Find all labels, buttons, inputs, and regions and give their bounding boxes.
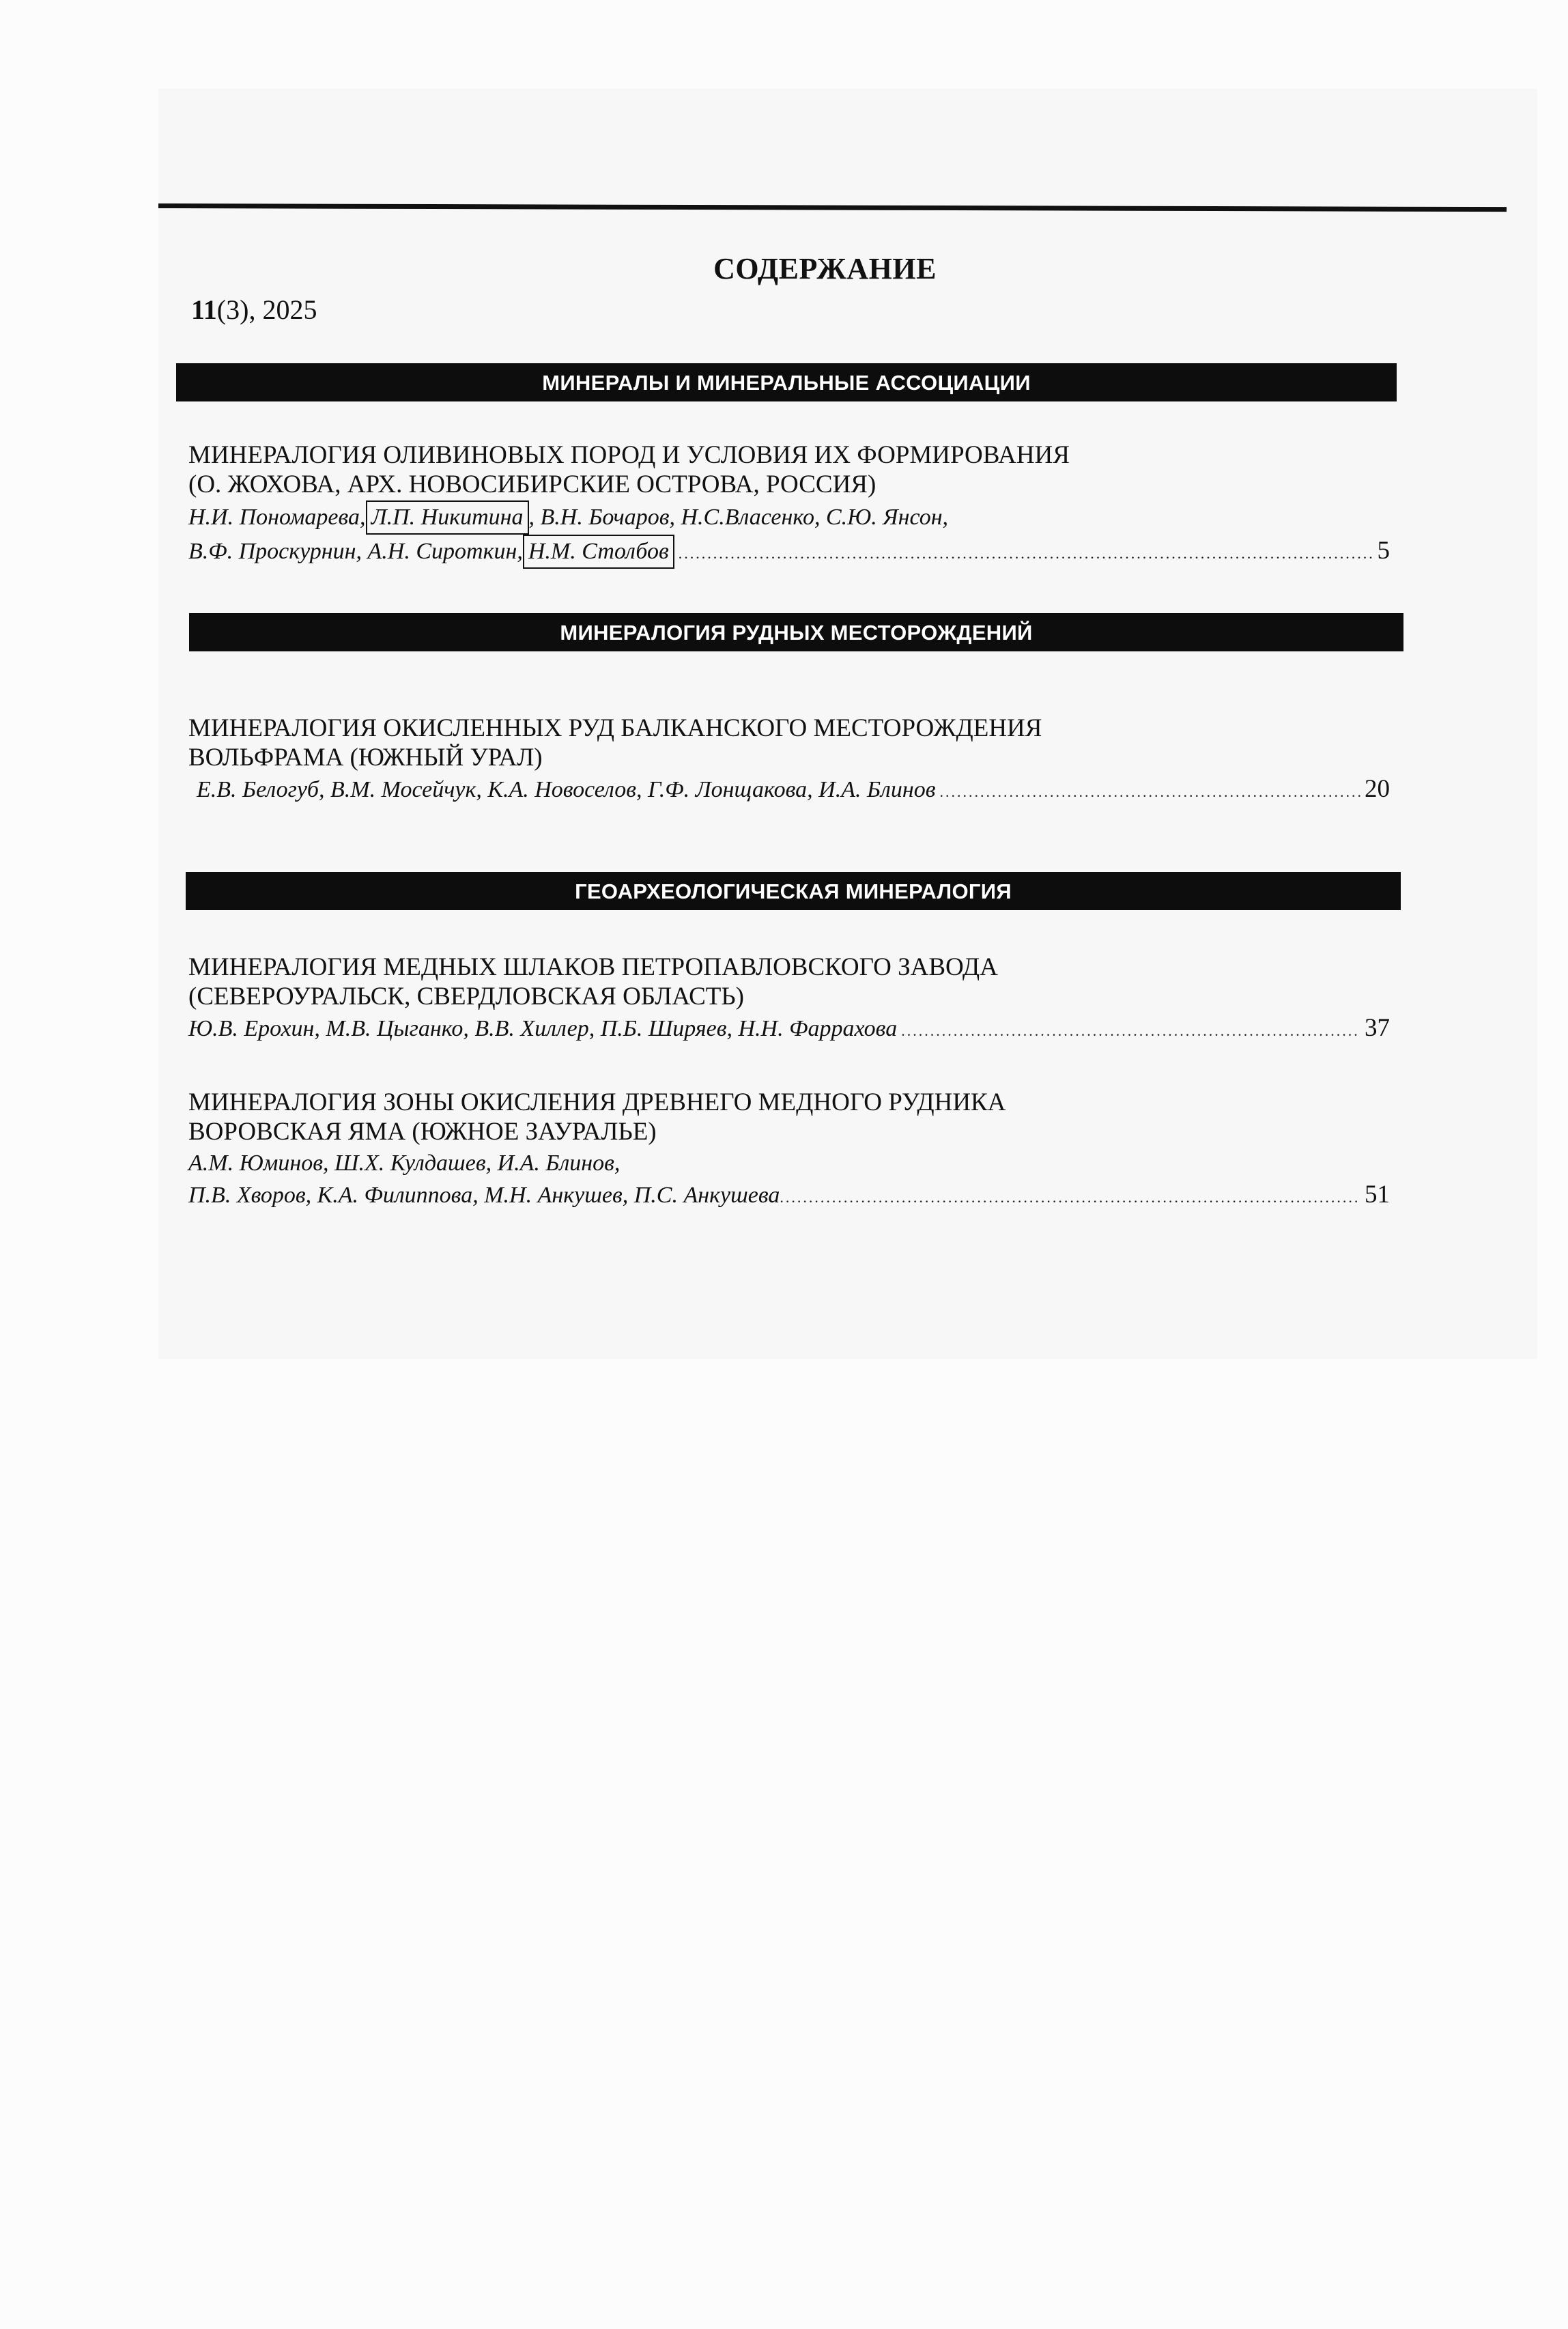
issue-details: (3), 2025 [217,294,317,325]
author-text: В.Ф. Проскурнин, А.Н. Сироткин, [188,536,523,567]
section-heading: ГЕОАРХЕОЛОГИЧЕСКАЯ МИНЕРАЛОГИЯ [186,872,1401,910]
entry-title-line: ВОРОВСКАЯ ЯМА (ЮЖНОЕ ЗАУРАЛЬЕ) [188,1117,1390,1146]
section-heading: МИНЕРАЛЫ И МИНЕРАЛЬНЫЕ АССОЦИАЦИИ [176,363,1397,401]
issue-volume: 11 [191,294,217,325]
toc-entry[interactable]: МИНЕРАЛОГИЯ ОЛИВИНОВЫХ ПОРОД И УСЛОВИЯ И… [188,440,1390,569]
entry-authors: Е.В. Белогуб, В.М. Мосейчук, К.А. Новосе… [188,774,1390,808]
entry-authors: Н.И. Пономарева, Л.П. Никитина, В.Н. Боч… [188,500,1390,569]
page-number[interactable]: 37 [1365,1013,1390,1044]
entry-title: МИНЕРАЛОГИЯ МЕДНЫХ ШЛАКОВ ПЕТРОПАВЛОВСКО… [188,952,1390,1011]
authors-line: П.В. Хворов, К.А. Филиппова, М.Н. Анкуше… [188,1179,1390,1213]
author-text: Ю.В. Ерохин, М.В. Цыганко, В.В. Хиллер, … [188,1013,897,1045]
authors-line: Е.В. Белогуб, В.М. Мосейчук, К.А. Новосе… [188,774,1390,808]
entry-title: МИНЕРАЛОГИЯ ОЛИВИНОВЫХ ПОРОД И УСЛОВИЯ И… [188,440,1390,499]
entry-title: МИНЕРАЛОГИЯ ЗОНЫ ОКИСЛЕНИЯ ДРЕВНЕГО МЕДН… [188,1088,1390,1146]
author-text: П.В. Хворов, К.А. Филиппова, М.Н. Анкуше… [188,1180,780,1211]
issue-number: 11(3), 2025 [191,294,317,326]
authors-line: В.Ф. Проскурнин, А.Н. Сироткин, Н.М. Сто… [188,535,1390,569]
page-title: СОДЕРЖАНИЕ [41,251,1568,286]
author-text: , В.Н. Бочаров, Н.С.Власенко, С.Ю. Янсон… [529,502,949,533]
toc-entry[interactable]: МИНЕРАЛОГИЯ ОКИСЛЕННЫХ РУД БАЛКАНСКОГО М… [188,714,1390,808]
entry-authors: А.М. Юминов, Ш.Х. Кулдашев, И.А. Блинов,… [188,1148,1390,1213]
dot-leader [940,776,1360,808]
authors-line: Н.И. Пономарева, Л.П. Никитина, В.Н. Боч… [188,500,1390,535]
entry-title-line: (О. ЖОХОВА, АРХ. НОВОСИБИРСКИЕ ОСТРОВА, … [188,470,1390,499]
author-text: Е.В. Белогуб, В.М. Мосейчук, К.А. Новосе… [197,774,936,806]
author-text: А.М. Юминов, Ш.Х. Кулдашев, И.А. Блинов, [188,1148,620,1179]
entry-title-line: МИНЕРАЛОГИЯ МЕДНЫХ ШЛАКОВ ПЕТРОПАВЛОВСКО… [188,952,1390,982]
toc-entry[interactable]: МИНЕРАЛОГИЯ ЗОНЫ ОКИСЛЕНИЯ ДРЕВНЕГО МЕДН… [188,1088,1390,1213]
page-number[interactable]: 5 [1378,535,1391,567]
page-number[interactable]: 20 [1365,774,1390,805]
page-number[interactable]: 51 [1365,1179,1390,1211]
entry-title-line: ВОЛЬФРАМА (ЮЖНЫЙ УРАЛ) [188,743,1390,772]
entry-title-line: МИНЕРАЛОГИЯ ЗОНЫ ОКИСЛЕНИЯ ДРЕВНЕГО МЕДН… [188,1088,1390,1117]
author-boxed-deceased: Л.П. Никитина [366,500,529,535]
author-text: Н.И. Пономарева, [188,502,366,533]
section-heading: МИНЕРАЛОГИЯ РУДНЫХ МЕСТОРОЖДЕНИЙ [189,613,1403,651]
dot-leader [901,1015,1360,1047]
entry-authors: Ю.В. Ерохин, М.В. Цыганко, В.В. Хиллер, … [188,1013,1390,1047]
authors-line: А.М. Юминов, Ш.Х. Кулдашев, И.А. Блинов, [188,1148,1390,1179]
dot-leader [679,538,1373,569]
toc-entry[interactable]: МИНЕРАЛОГИЯ МЕДНЫХ ШЛАКОВ ПЕТРОПАВЛОВСКО… [188,952,1390,1047]
entry-title-line: (СЕВЕРОУРАЛЬСК, СВЕРДЛОВСКАЯ ОБЛАСТЬ) [188,982,1390,1011]
entry-title: МИНЕРАЛОГИЯ ОКИСЛЕННЫХ РУД БАЛКАНСКОГО М… [188,714,1390,772]
entry-title-line: МИНЕРАЛОГИЯ ОКИСЛЕННЫХ РУД БАЛКАНСКОГО М… [188,714,1390,743]
dot-leader [780,1182,1360,1213]
entry-title-line: МИНЕРАЛОГИЯ ОЛИВИНОВЫХ ПОРОД И УСЛОВИЯ И… [188,440,1390,470]
authors-line: Ю.В. Ерохин, М.В. Цыганко, В.В. Хиллер, … [188,1013,1390,1047]
author-boxed-deceased: Н.М. Столбов [523,535,674,569]
